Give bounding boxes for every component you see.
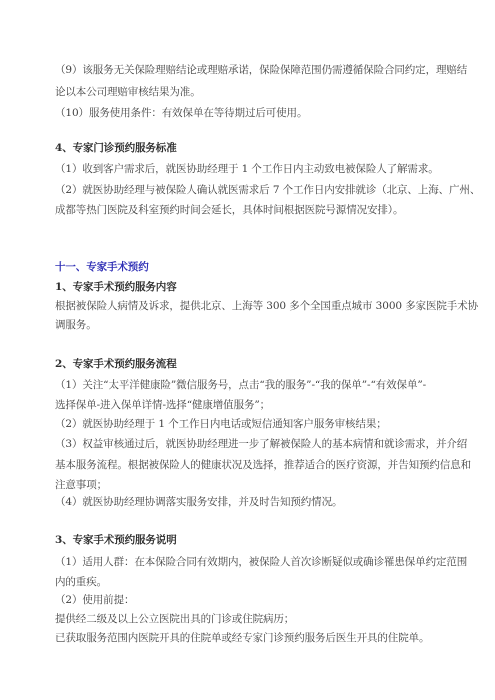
document-page: （9）该服务无关保险理赔结论或理赔承诺，保险保障范围仍需遵循保险合同约定，理赔结… — [0, 0, 495, 700]
section-heading: 1、专家手术预约服务内容 — [55, 280, 475, 294]
text-line: 选择保单-进入保单详情-选择“健康增值服务”； — [55, 398, 475, 412]
text-line: 已获取服务范围内医院开具的住院单或经专家门诊预约服务后医生开具的住院单。 — [55, 631, 475, 645]
text-line: （2）就医协助经理于 1 个工作日内电话或短信通知客户服务审核结果； — [55, 417, 475, 431]
text-line: 论以本公司理赔审核结果为准。 — [55, 85, 475, 99]
text-line: 成都等热门医院及科室预约时间会延长，具体时间根据医院号源情况安排）。 — [55, 203, 475, 217]
text-line: （2）就医协助经理与被保险人确认就医需求后 7 个工作日内安排就诊（北京、上海、… — [55, 183, 475, 197]
text-line: （1）适用人群：在本保险合同有效期内，被保险人首次诊断疑似或确诊罹患保单约定范围 — [55, 555, 475, 569]
text-line: （9）该服务无关保险理赔结论或理赔承诺，保险保障范围仍需遵循保险合同约定，理赔结 — [55, 63, 475, 77]
section-heading: 4、专家门诊预约服务标准 — [55, 141, 475, 155]
text-line: （1）收到客户需求后，就医协助经理于 1 个工作日内主动致电被保险人了解需求。 — [55, 162, 475, 176]
text-line: （1）关注“太平洋健康险”微信服务号，点击“我的服务”-“我的保单”-“有效保单… — [55, 378, 475, 392]
text-line: 提供经二级及以上公立医院出具的门诊或住院病历； — [55, 612, 475, 626]
text-line: （2）使用前提： — [55, 593, 475, 607]
text-line: 注意事项； — [55, 478, 475, 492]
text-line: 根据被保险人病情及诉求，提供北京、上海等 300 多个全国重点城市 3000 多… — [55, 299, 475, 313]
text-line: 内的重疾。 — [55, 575, 475, 589]
text-line: （3）权益审核通过后，就医协助经理进一步了解被保险人的基本病情和就诊需求，并介绍 — [55, 437, 475, 451]
section-heading: 2、专家手术预约服务流程 — [55, 357, 475, 371]
section-heading: 3、专家手术预约服务说明 — [55, 533, 475, 547]
text-line: （4）就医协助经理协调落实服务安排，并及时告知预约情况。 — [55, 495, 475, 509]
text-line: 调服务。 — [55, 318, 475, 332]
chapter-heading: 十一、专家手术预约 — [55, 260, 475, 274]
text-line: （10）服务使用条件：有效保单在等待期过后可使用。 — [55, 106, 475, 120]
text-line: 基本服务流程。根据被保险人的健康状况及选择，推荐适合的医疗资源，并告知预约信息和 — [55, 458, 475, 472]
